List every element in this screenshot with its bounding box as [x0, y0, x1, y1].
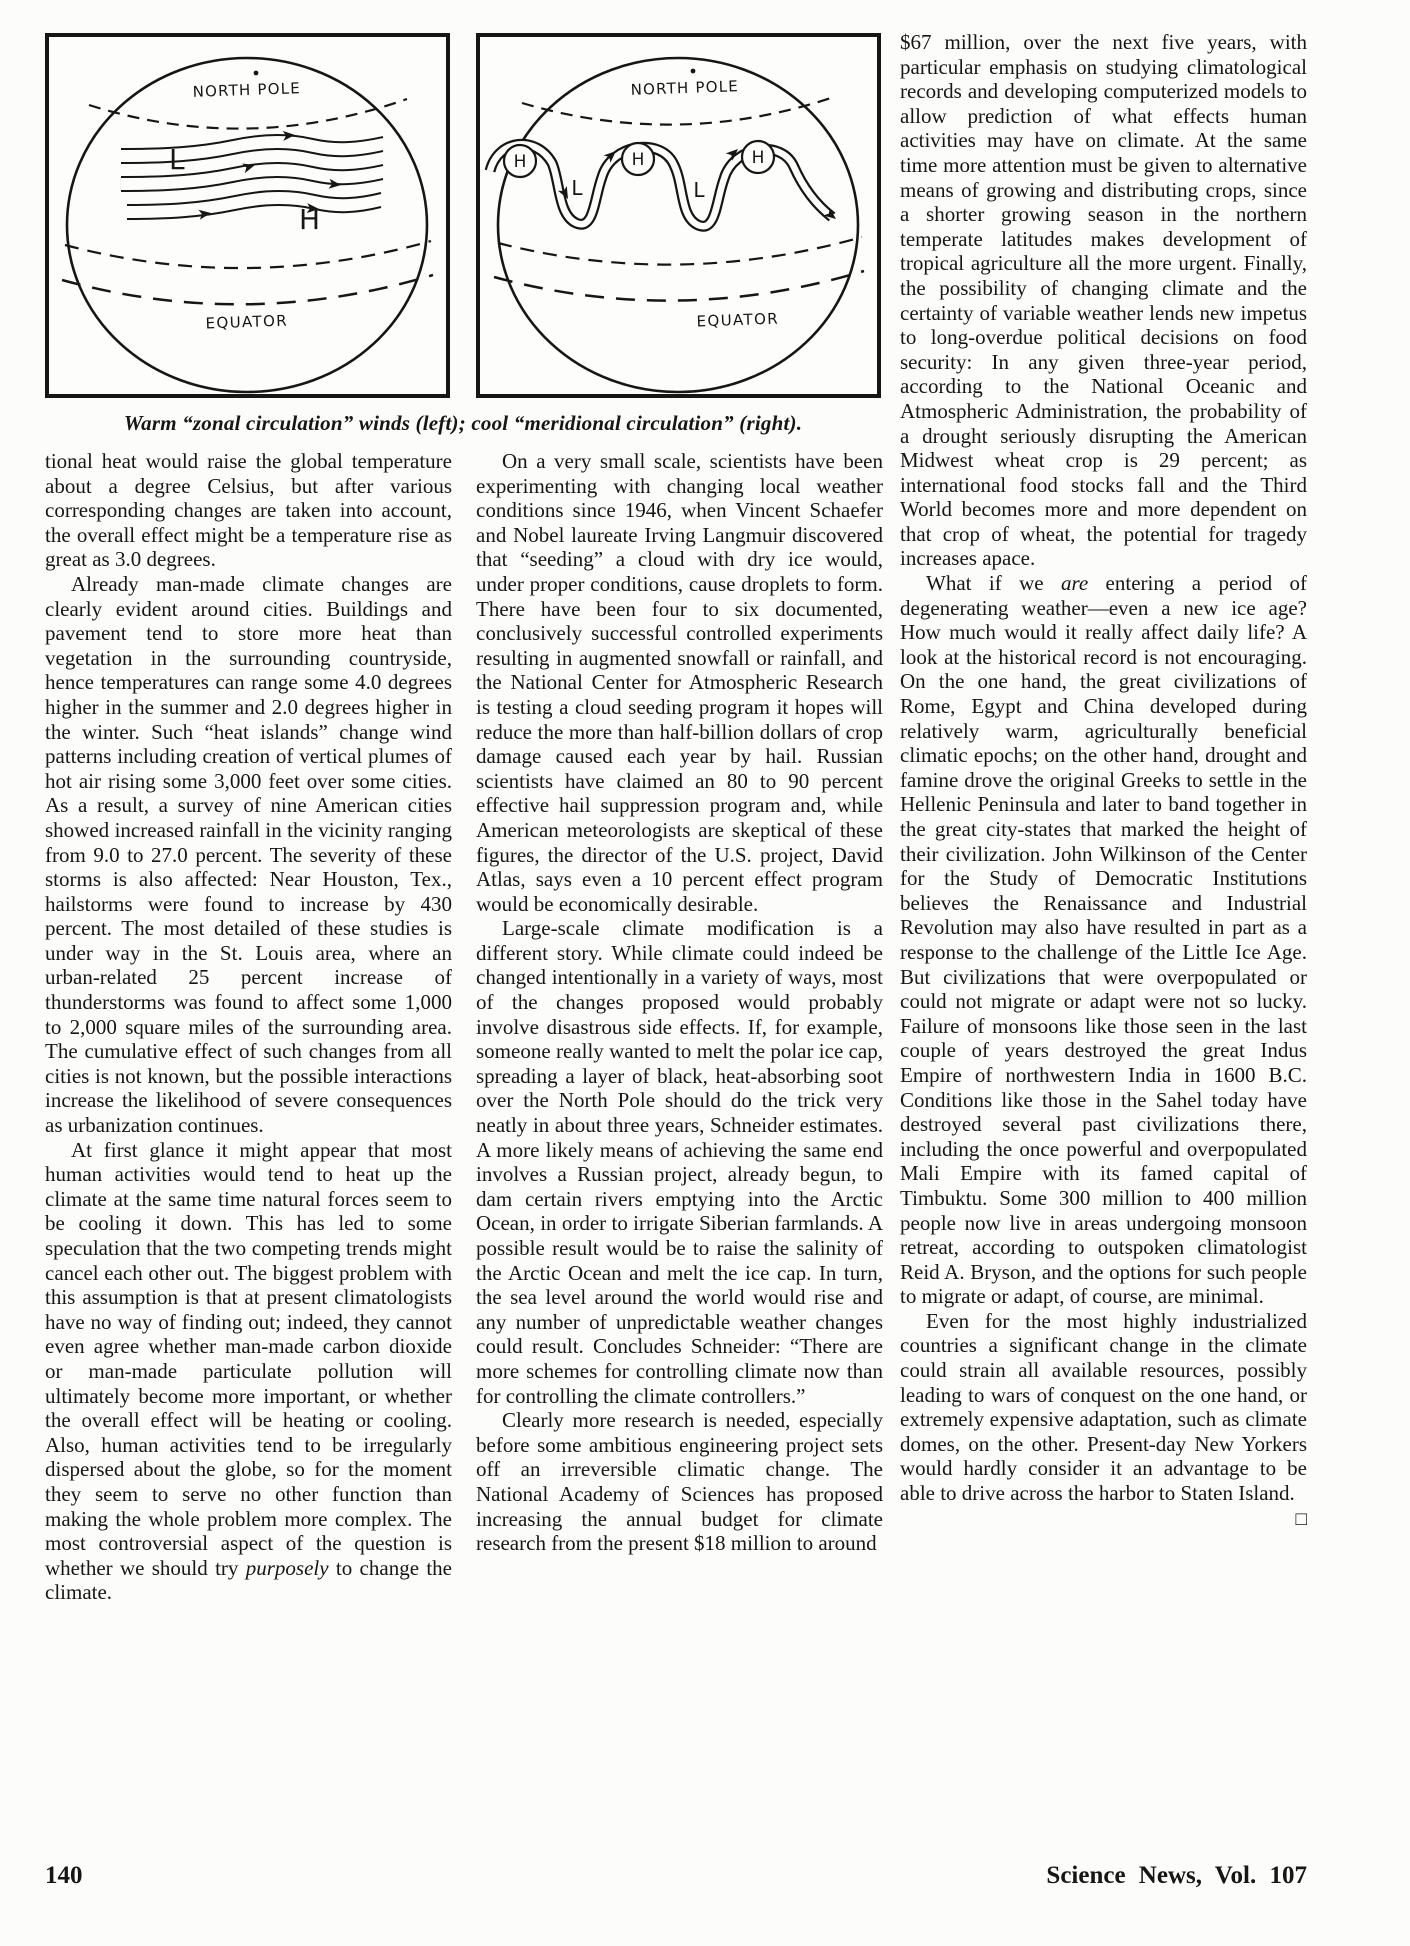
polar-circle-dashed	[89, 99, 407, 129]
low-pressure-label: L	[169, 143, 185, 176]
high-pressure-label: H	[299, 203, 320, 236]
equator-label: EQUATOR	[205, 312, 288, 333]
paragraph: At first glance it might appear that mos…	[45, 1138, 452, 1605]
north-pole-label: NORTH POLE	[630, 77, 739, 99]
north-pole-dot	[691, 69, 696, 74]
figure-meridional-circulation: NORTH POLE H H H L L	[476, 33, 881, 398]
equator-label: EQUATOR	[696, 310, 779, 331]
magazine-page: NORTH POLE L H	[0, 0, 1410, 1946]
journal-volume: Science News, Vol. 107	[900, 1862, 1307, 1890]
high-pressure-label: H	[632, 150, 645, 170]
paragraph: Even for the most highly industrialized …	[900, 1309, 1307, 1506]
low-pressure-label: L	[693, 178, 705, 202]
north-pole-label: NORTH POLE	[192, 79, 301, 101]
paragraph: What if we are entering a period of dege…	[900, 571, 1307, 1309]
figure-zonal-circulation: NORTH POLE L H	[45, 33, 450, 398]
meridional-circulation-drawing: NORTH POLE H H H L L	[480, 37, 877, 394]
low-pressure-label: L	[571, 176, 583, 200]
end-of-article-mark: □	[1270, 1508, 1307, 1532]
article-column-2: On a very small scale, scientists have b…	[476, 449, 883, 1556]
zonal-circulation-drawing: NORTH POLE L H	[49, 37, 446, 394]
tropic-lines-dashed	[494, 237, 864, 301]
paragraph: tional heat would raise the global tempe…	[45, 449, 452, 572]
high-pressure-label: H	[752, 148, 765, 168]
page-number: 140	[45, 1862, 83, 1890]
figures-row: NORTH POLE L H	[45, 33, 881, 398]
high-pressure-label: H	[514, 152, 527, 172]
paragraph: Clearly more research is needed, especia…	[476, 1408, 883, 1556]
jet-stream-lines	[121, 135, 383, 219]
globe-outline	[67, 58, 427, 392]
north-pole-dot	[254, 71, 259, 76]
tropic-lines-dashed	[62, 241, 433, 304]
meander-flow	[490, 144, 832, 226]
globe-outline	[498, 58, 858, 392]
polar-circle-dashed	[522, 97, 834, 125]
paragraph: $67 million, over the next five years, w…	[900, 30, 1307, 571]
paragraph: Large-scale climate modification is a di…	[476, 916, 883, 1408]
figure-caption: Warm “zonal circulation” winds (left); c…	[45, 410, 881, 437]
paragraph: On a very small scale, scientists have b…	[476, 449, 883, 916]
article-column-1: tional heat would raise the global tempe…	[45, 449, 452, 1605]
article-column-3: $67 million, over the next five years, w…	[900, 30, 1307, 1530]
paragraph: Already man-made climate changes are cle…	[45, 572, 452, 1138]
